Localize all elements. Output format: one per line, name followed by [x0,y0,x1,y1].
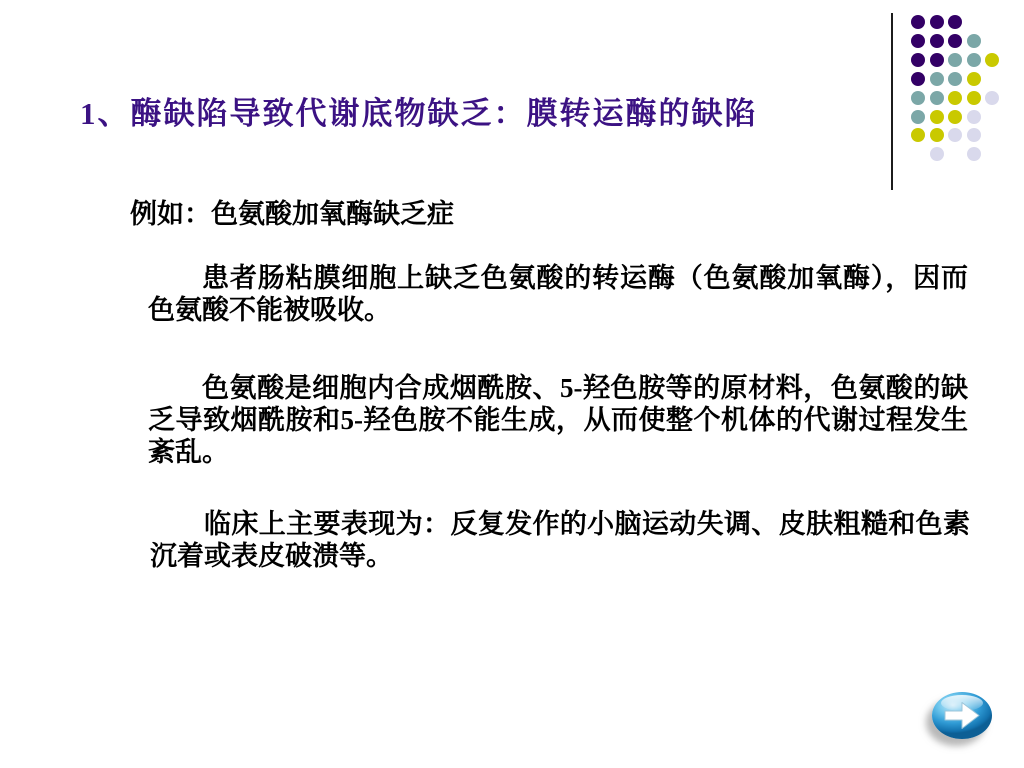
decorative-dot [948,34,962,48]
decorative-dot [930,34,944,48]
decorative-dot [930,53,944,67]
decorative-dot [967,72,981,86]
next-slide-button[interactable] [932,692,992,739]
body-paragraph: 临床上主要表现为：反复发作的小脑运动失调、皮肤粗糙和色素沉着或表皮破溃等。 [150,508,970,572]
decorative-dot [930,110,944,124]
decorative-dot [911,34,925,48]
decorative-dot [930,128,944,142]
vertical-rule [891,13,893,190]
decorative-dot [930,91,944,105]
decorative-dot [930,147,944,161]
decorative-dot [911,15,925,29]
decorative-dot [911,128,925,142]
decorative-dot [967,34,981,48]
decorative-dot-grid [911,15,1011,170]
decorative-dot [948,53,962,67]
decorative-dot [911,72,925,86]
slide-title: 1、酶缺陷导致代谢底物缺乏：膜转运酶的缺陷 [80,88,880,133]
decorative-dot [967,91,981,105]
decorative-dot [985,53,999,67]
decorative-dot [911,110,925,124]
decorative-dot [967,128,981,142]
decorative-dot [948,91,962,105]
decorative-dot [967,53,981,67]
decorative-dot [911,53,925,67]
decorative-dot [911,91,925,105]
decorative-dot [967,147,981,161]
example-line: 例如：色氨酸加氧酶缺乏症 [130,192,454,231]
decorative-dot [948,128,962,142]
body-paragraph: 色氨酸是细胞内合成烟酰胺、5-羟色胺等的原材料，色氨酸的缺乏导致烟酰胺和5-羟色… [148,372,968,468]
decorative-dot [948,110,962,124]
decorative-dot [967,110,981,124]
decorative-dot [930,15,944,29]
decorative-dot [985,91,999,105]
decorative-dot [948,15,962,29]
decorative-dot [948,72,962,86]
decorative-dot [930,72,944,86]
slide-canvas: 1、酶缺陷导致代谢底物缺乏：膜转运酶的缺陷 例如：色氨酸加氧酶缺乏症 患者肠粘膜… [0,0,1024,768]
arrow-right-icon [932,692,992,739]
body-paragraph: 患者肠粘膜细胞上缺乏色氨酸的转运酶（色氨酸加氧酶），因而色氨酸不能被吸收。 [148,262,968,326]
